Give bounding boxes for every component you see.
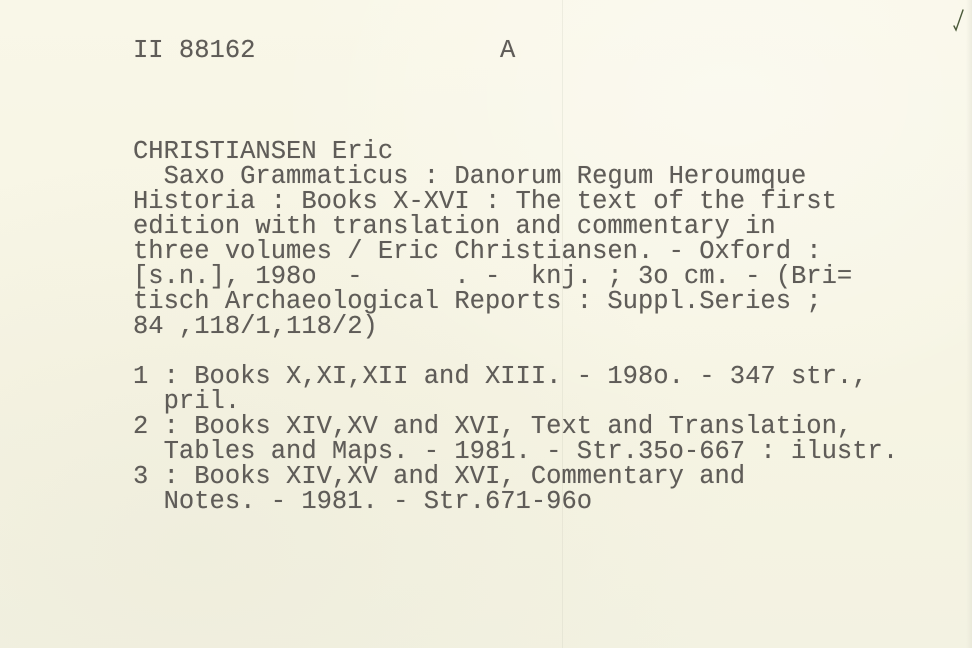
volume-line: Tables and Maps. - 1981. - Str.35o-667 :… bbox=[133, 439, 898, 464]
volume-line: 1 : Books X,XI,XII and XIII. - 198o. - 3… bbox=[133, 364, 868, 389]
description-line: edition with translation and commentary … bbox=[133, 214, 776, 239]
volume-line: Notes. - 1981. - Str.671-96o bbox=[133, 489, 592, 514]
copy-mark: A bbox=[500, 38, 515, 63]
description-line: Historia : Books X-XVI : The text of the… bbox=[133, 189, 837, 214]
check-mark-icon bbox=[951, 8, 965, 32]
description-line: [s.n.], 198o - . - knj. ; 3o cm. - (Bri= bbox=[133, 264, 852, 289]
description-line: Saxo Grammaticus : Danorum Regum Heroumq… bbox=[133, 164, 806, 189]
call-number: II 88162 bbox=[133, 38, 255, 63]
volume-line: 2 : Books XIV,XV and XVI, Text and Trans… bbox=[133, 414, 852, 439]
volume-line: pril. bbox=[133, 389, 240, 414]
main-entry-author: CHRISTIANSEN Eric bbox=[133, 139, 393, 164]
description-line: three volumes / Eric Christiansen. - Oxf… bbox=[133, 239, 822, 264]
card-edge bbox=[966, 0, 972, 648]
series-numbers: 84 ,118/1,118/2) bbox=[133, 314, 378, 339]
description-line: tisch Archaeological Reports : Suppl.Ser… bbox=[133, 289, 822, 314]
volume-line: 3 : Books XIV,XV and XVI, Commentary and bbox=[133, 464, 745, 489]
paper-fold-line bbox=[562, 0, 563, 648]
catalog-card: II 88162 A CHRISTIANSEN Eric Saxo Gramma… bbox=[0, 0, 972, 648]
